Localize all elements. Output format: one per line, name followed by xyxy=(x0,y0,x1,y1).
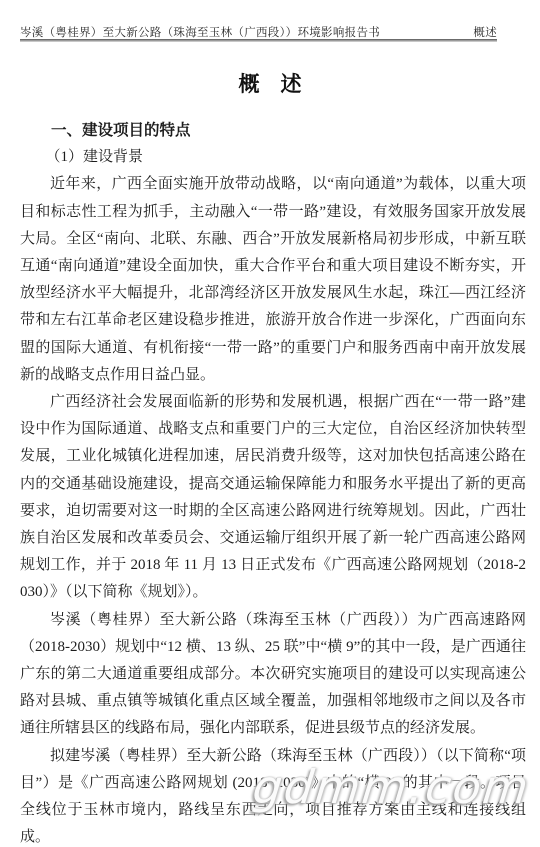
header-chapter-label: 概述 xyxy=(473,24,497,40)
paragraph: 岑溪（粤桂界）至大新公路（珠海至玉林（广西段））为广西高速路网（2018-203… xyxy=(20,607,526,743)
page-title: 概 述 xyxy=(0,68,540,98)
running-header: 岑溪（粤桂界）至大新公路（珠海至玉林（广西段））环境影响报告书 概述 xyxy=(20,24,497,40)
document-body: 一、建设项目的特点 （1）建设背景 近年来，广西全面实施开放带动战略，以“南向通… xyxy=(20,117,526,847)
paragraph: 广西经济社会发展面临新的形势和发展机遇，根据广西在“一带一路”建设中作为国际通道… xyxy=(20,389,526,607)
section-subheading: （1）建设背景 xyxy=(20,144,526,171)
paragraph: 近年来，广西全面实施开放带动战略，以“南向通道”为载体，以重大项目和标志性工程为… xyxy=(20,171,526,389)
header-divider-rule xyxy=(20,39,497,42)
section-heading: 一、建设项目的特点 xyxy=(20,117,526,144)
site-watermark: gdmm.com xyxy=(250,760,533,814)
header-document-title: 岑溪（粤桂界）至大新公路（珠海至玉林（广西段））环境影响报告书 xyxy=(20,24,380,40)
document-page: 岑溪（粤桂界）至大新公路（珠海至玉林（广西段））环境影响报告书 概述 概 述 一… xyxy=(0,0,540,847)
